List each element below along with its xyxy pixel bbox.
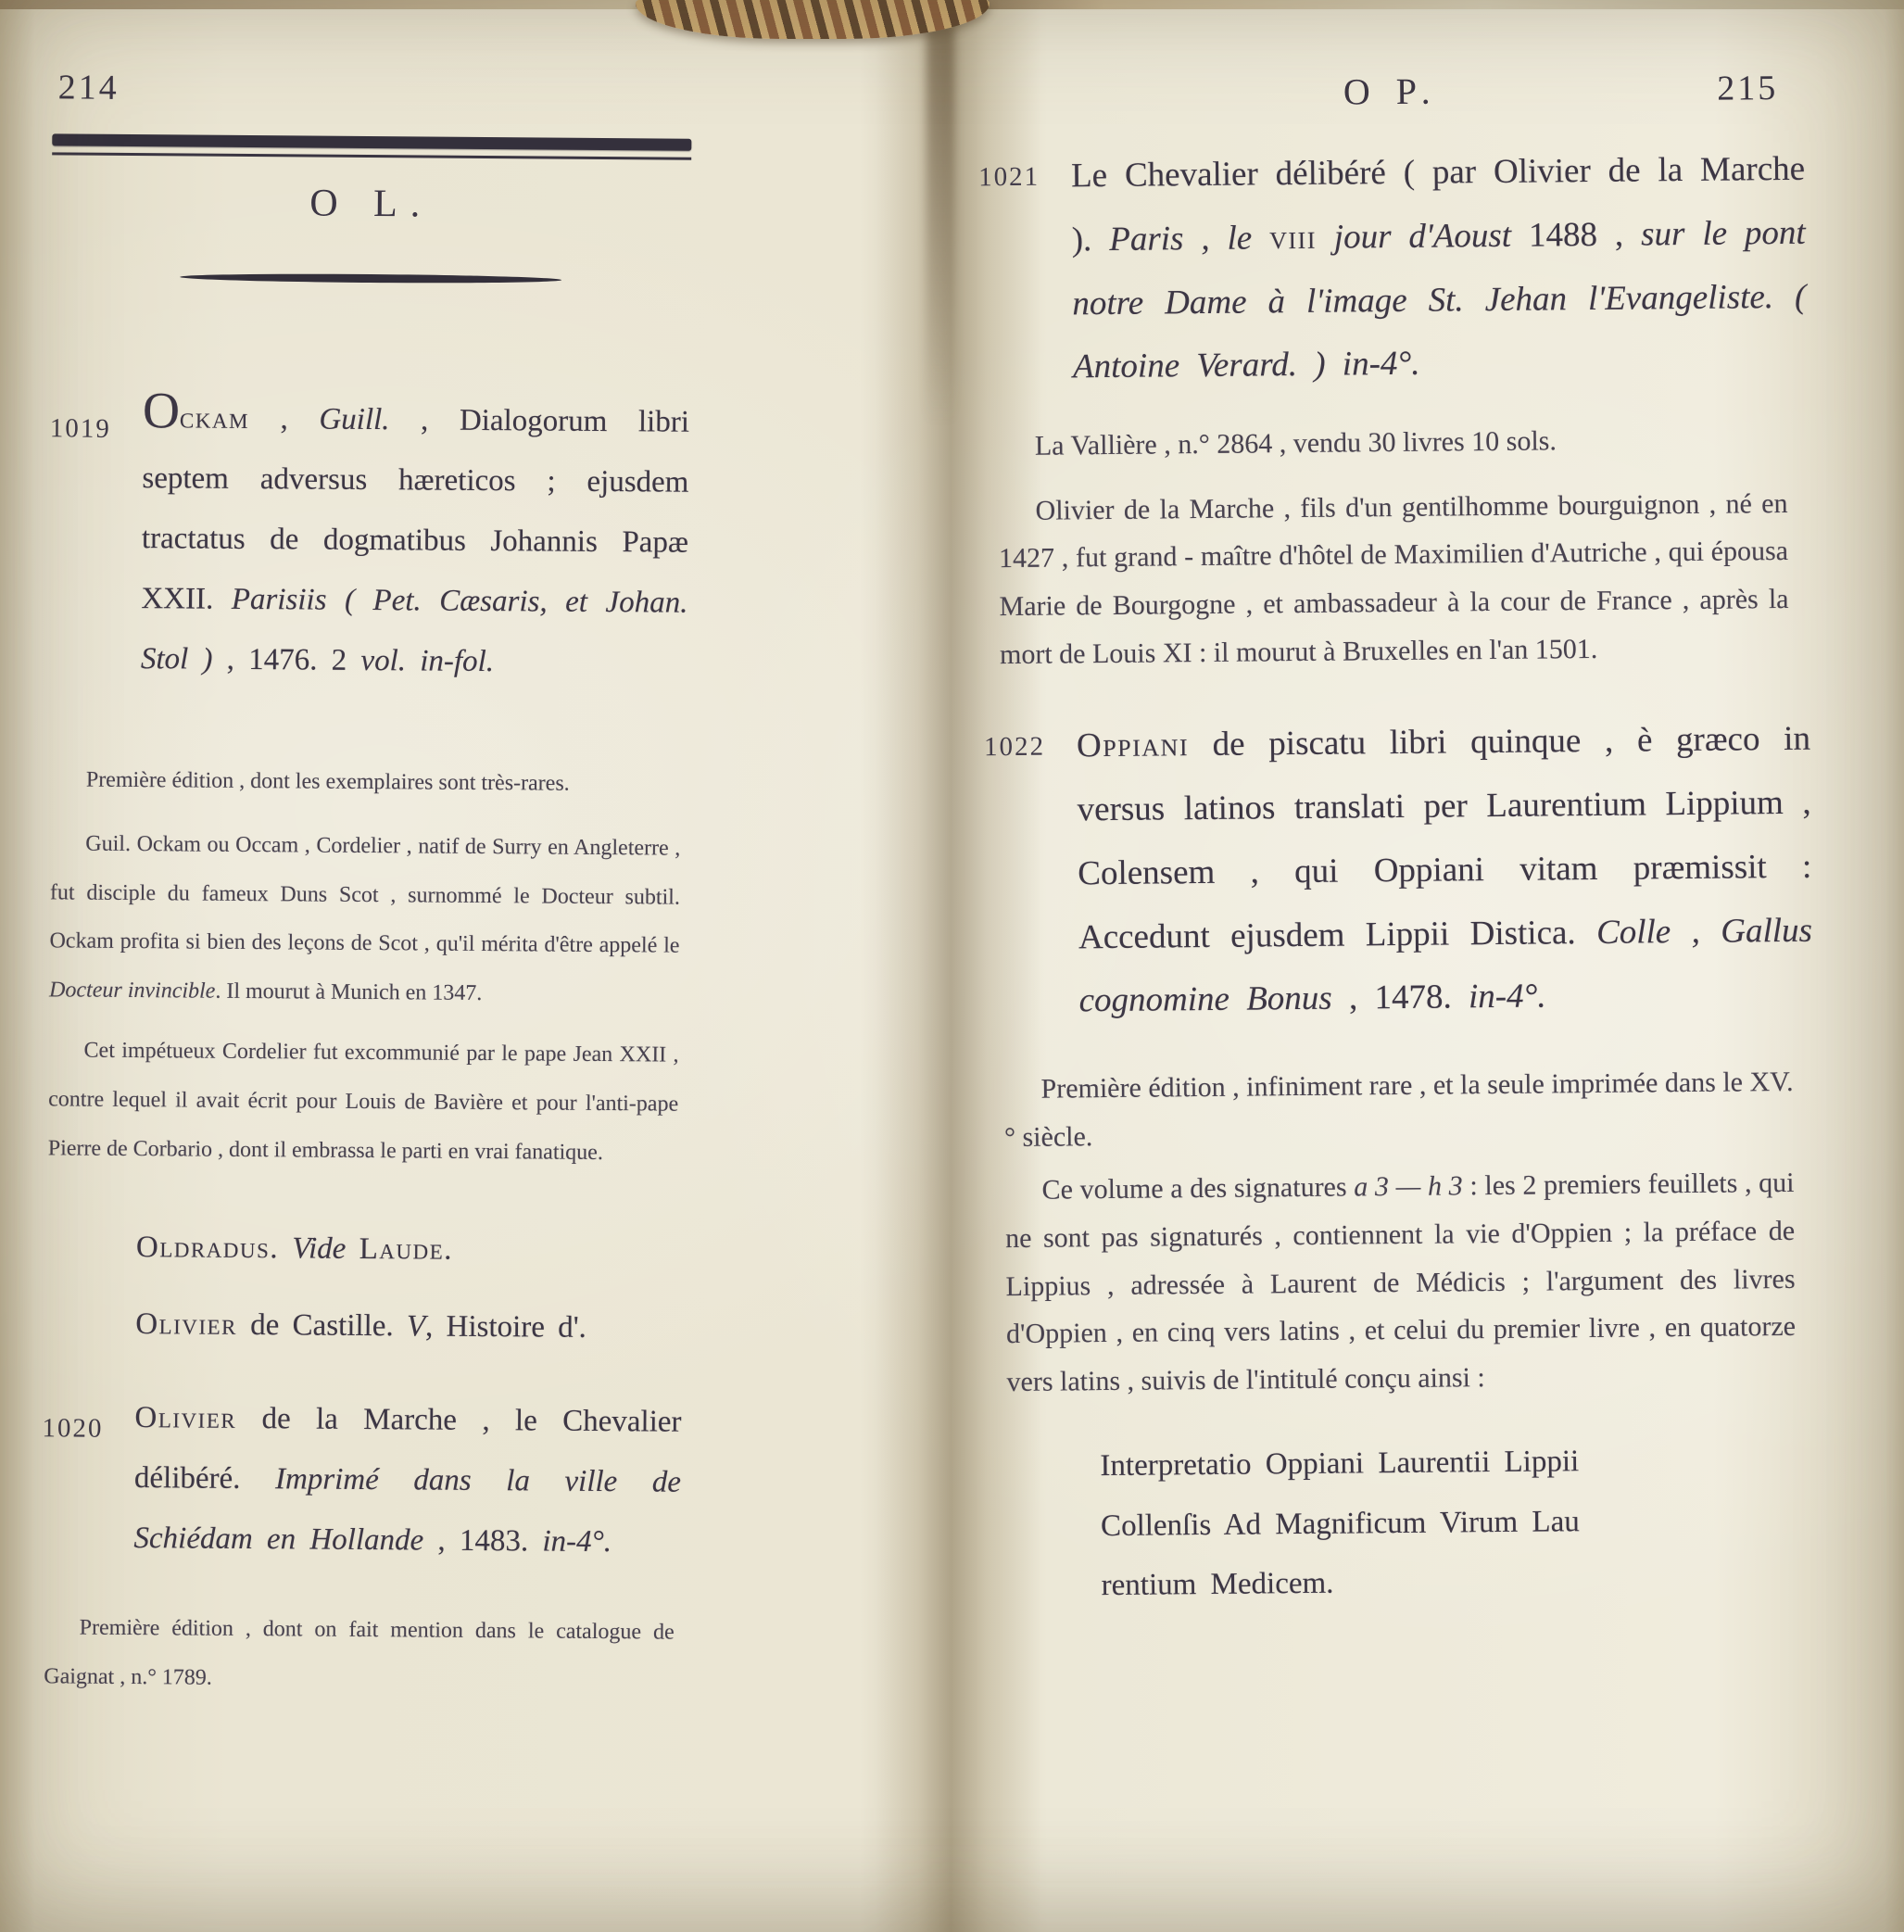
book-photo: 214 O L. 1019 Ockam , Guill. , Dialogoru… [0, 0, 1904, 1932]
cross-reference-olivier-castille: Olivier de Castille. V, Histoire d'. [43, 1307, 682, 1346]
entry-1022: 1022 Oppiani de piscatu libri quinque , … [984, 708, 1813, 1035]
note-excommunication: Cet impétueux Cordelier fut excommunié p… [48, 1026, 679, 1178]
page-folio-left: 214 [53, 67, 692, 112]
header-rule-thick [52, 133, 691, 150]
note-first-edition-1022: Première édition , infiniment rare , et … [1003, 1058, 1794, 1161]
note-la-valliere: La Vallière , n.° 2864 , vendu 30 livres… [998, 415, 1787, 471]
entry-text-1022: Oppiani de piscatu libri quinque , è græ… [1077, 708, 1813, 1034]
header-rule-thin [52, 152, 691, 159]
note-biography-ockam: Guil. Ockam ou Occam , Cordelier , natif… [49, 819, 681, 1020]
ornament-rule [180, 272, 561, 284]
entry-text-1019: Ockam , Guill. , Dialogorum libri septem… [141, 388, 690, 694]
entry-text-1020: Olivier de la Marche , le Chevalier déli… [133, 1388, 682, 1573]
right-page-header: O P. 215 [977, 66, 1805, 132]
note-first-edition-1019: Première édition , dont les exemplaires … [51, 755, 681, 809]
note-biography-olivier: Olivier de la Marche , fils d'un gentilh… [998, 480, 1789, 679]
header-rule [52, 133, 691, 159]
page-folio-right: 215 [1717, 68, 1778, 109]
entry-1020: 1020 Olivier de la Marche , le Chevalier… [41, 1388, 682, 1573]
entry-number-1020: 1020 [42, 1413, 103, 1445]
right-page: O P. 215 1021 Le Chevalier délibéré ( pa… [977, 66, 1819, 1617]
entry-1021: 1021 Le Chevalier délibéré ( par Olivier… [978, 138, 1808, 401]
running-head: O P. [977, 66, 1804, 118]
entry-1019: 1019 Ockam , Guill. , Dialogorum libri s… [48, 387, 690, 693]
entry-number-1019: 1019 [50, 413, 111, 445]
cross-reference-oldradus: Oldradus. Vide Laude. [44, 1231, 683, 1269]
entry-number-1021: 1021 [978, 162, 1040, 194]
gutter-top-shadow [927, 26, 954, 424]
entry-text-1021: Le Chevalier délibéré ( par Olivier de l… [1071, 138, 1808, 400]
entry-number-1022: 1022 [984, 732, 1045, 764]
left-page: 214 O L. 1019 Ockam , Guill. , Dialogoru… [40, 67, 692, 1706]
note-signatures: Ce volume a des signatures a 3 — h 3 : l… [1004, 1159, 1796, 1406]
section-heading: O L. [52, 179, 691, 228]
quote-block-intitule: Interpretatio Oppiani Laurentii LippiiCo… [990, 1430, 1819, 1617]
note-first-edition-1020: Première édition , dont on fait mention … [44, 1604, 675, 1707]
